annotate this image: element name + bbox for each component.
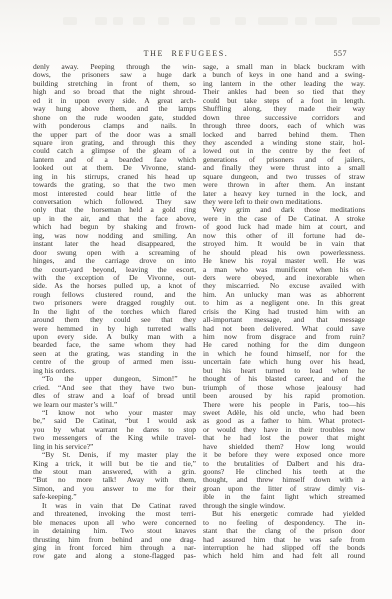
scan-artifact	[133, 17, 145, 25]
scan-artifact	[352, 17, 380, 25]
paragraph: “To the upper dungeon, Simon!” hecried. …	[33, 375, 196, 409]
text-column-right: sage, a small man in black buckram witha…	[203, 63, 365, 561]
paragraph: Very grim and dark those meditationswere…	[203, 206, 365, 510]
paragraph: But his energetic comrade had yieldedto …	[203, 510, 365, 561]
paragraph: “By St. Denis, if my master play theKing…	[33, 451, 196, 502]
scan-artifact	[315, 17, 337, 25]
scan-artifact	[258, 17, 288, 25]
running-head: THE REFUGEES. 557	[33, 49, 365, 61]
scan-artifact	[95, 17, 107, 25]
scan-artifact	[183, 17, 195, 25]
scan-artifact-band	[0, 16, 392, 26]
scan-artifact	[63, 17, 77, 25]
running-title: THE REFUGEES.	[33, 49, 339, 58]
book-page: THE REFUGEES. 557 denly away. Peeping th…	[0, 0, 392, 599]
text-line: row gate and along a stone-flagged pas-	[33, 552, 196, 560]
text-block: denly away. Peeping through the win-dows…	[33, 63, 365, 561]
scan-artifact	[210, 17, 220, 25]
scan-artifact	[113, 17, 123, 25]
paragraph: sage, a small man in black buckram witha…	[203, 63, 365, 206]
paragraph: “I know not who your master maybe,” said…	[33, 409, 196, 451]
paragraph: It was in vain that De Catinat ravedand …	[33, 502, 196, 561]
paragraph: denly away. Peeping through the win-dows…	[33, 63, 196, 375]
scan-artifact	[295, 17, 307, 25]
text-column-left: denly away. Peeping through the win-dows…	[33, 63, 196, 561]
text-line: which held him and had felt all round	[203, 552, 365, 560]
scan-artifact	[158, 17, 169, 25]
page-number: 557	[334, 49, 348, 58]
scan-artifact	[235, 17, 246, 25]
